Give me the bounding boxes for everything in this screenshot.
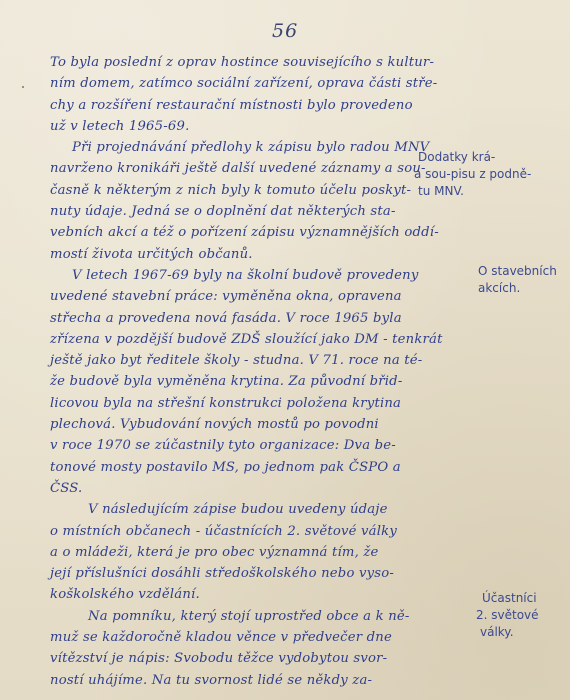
margin-note-line: O stavebních <box>478 263 557 280</box>
text-line: nuty údaje. Jedná se o doplnění dat někt… <box>50 201 470 222</box>
margin-note-ww2-participants: Účastníci 2. světové války. <box>476 590 539 641</box>
margin-note-line: akcích. <box>478 280 557 297</box>
margin-note-construction: O stavebních akcích. <box>478 263 557 297</box>
text-line: navrženo kronikáři ještě další uvedené z… <box>50 158 470 179</box>
text-line: časně k některým z nich byly k tomuto úč… <box>50 180 470 201</box>
paper-speck <box>22 86 24 88</box>
text-line: ČSS. <box>50 478 470 499</box>
margin-note-line: Dodatky krá- <box>418 149 531 166</box>
text-line: mostí života určitých občanů. <box>50 244 470 265</box>
text-line: vítězství je nápis: Svobodu těžce vydoby… <box>50 648 470 669</box>
text-line: chy a rozšíření restaurační místnosti by… <box>50 95 470 116</box>
text-line: Při projednávání předlohy k zápisu bylo … <box>50 137 470 158</box>
text-line: zřízena v pozdější budově ZDŠ sloužící j… <box>50 329 470 350</box>
text-line: ností uhájíme. Na tu svornost lidé se ně… <box>50 670 470 691</box>
text-line: V následujícím zápise budou uvedeny údaj… <box>50 499 470 520</box>
text-line: střecha a provedena nová fasáda. V roce … <box>50 308 470 329</box>
text-line: vebních akcí a též o pořízení zápisu výz… <box>50 222 470 243</box>
text-line: muž se každoročně kladou věnce v předveč… <box>50 627 470 648</box>
text-line: její příslušníci dosáhli středoškolského… <box>50 563 470 584</box>
text-line: že budově byla vyměněna krytina. Za půvo… <box>50 371 470 392</box>
text-line: ještě jako byt ředitele školy - studna. … <box>50 350 470 371</box>
margin-note-line: 2. světové <box>476 607 539 624</box>
text-line: o místních občanech - účastnících 2. svě… <box>50 521 470 542</box>
text-line: a o mládeži, která je pro obec významná … <box>50 542 470 563</box>
handwritten-body: To byla poslední z oprav hostince souvis… <box>50 52 470 691</box>
text-line: koškolského vzdělání. <box>50 584 470 605</box>
margin-note-line: tu MNV. <box>418 183 531 200</box>
text-line: uvedené stavební práce: vyměněna okna, o… <box>50 286 470 307</box>
text-line: V letech 1967-69 byly na školní budově p… <box>50 265 470 286</box>
text-line: už v letech 1965-69. <box>50 116 470 137</box>
text-line: Na pomníku, který stojí uprostřed obce a… <box>50 606 470 627</box>
text-line: plechová. Vybudování nových mostů po pov… <box>50 414 470 435</box>
manuscript-page: 56 To byla poslední z oprav hostince sou… <box>0 0 570 700</box>
margin-note-line: a sou-pisu z podně- <box>414 166 531 183</box>
margin-note-addenda: Dodatky krá- a sou-pisu z podně- tu MNV. <box>418 149 531 200</box>
text-line: licovou byla na střešní konstrukci polož… <box>50 393 470 414</box>
margin-note-line: války. <box>476 624 539 641</box>
margin-note-line: Účastníci <box>476 590 539 607</box>
text-line: v roce 1970 se zúčastnily tyto organizac… <box>50 435 470 456</box>
page-number: 56 <box>272 20 298 42</box>
text-line: ním domem, zatímco sociální zařízení, op… <box>50 73 470 94</box>
text-line: tonové mosty postavilo MS, po jednom pak… <box>50 457 470 478</box>
text-line: To byla poslední z oprav hostince souvis… <box>50 52 470 73</box>
